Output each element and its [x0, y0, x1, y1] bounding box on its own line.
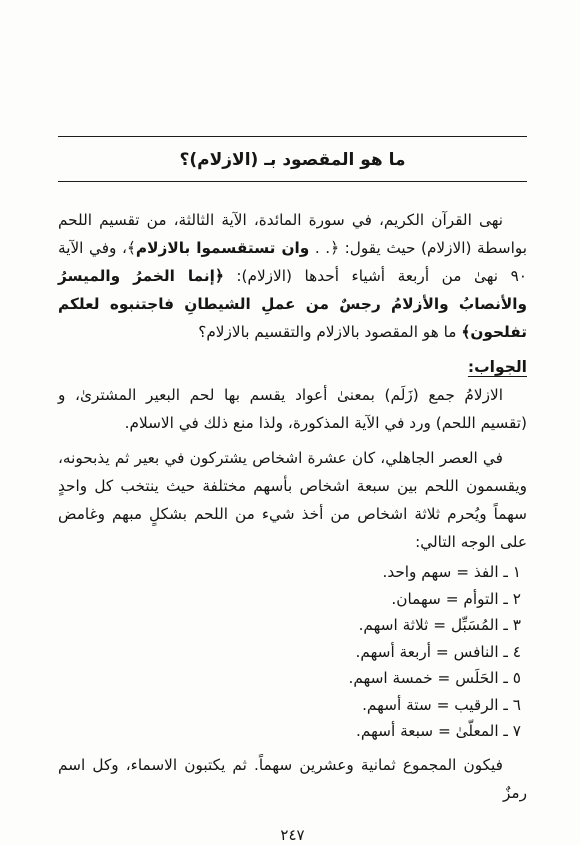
- page-title: ما هو المقصود بـ (الازلام)؟: [58, 137, 527, 181]
- body-text-run: ما هو المقصود بالازلام والتقسيم بالازلام…: [198, 323, 461, 341]
- share-list-item: ٣ ـ المُسَبِّل = ثلاثة اسهم.: [58, 612, 521, 639]
- answer-label: الجواب:: [58, 353, 527, 381]
- page-number: ٢٤٧: [280, 826, 304, 844]
- answer-label-text: الجواب:: [468, 358, 527, 376]
- book-page: ما هو المقصود بـ (الازلام)؟ نهى القرآن ا…: [0, 0, 580, 845]
- share-list-item: ٢ ـ التوأم = سهمان.: [58, 586, 521, 613]
- share-list-item: ٧ ـ المعلّىٰ = سبعة أسهم.: [58, 718, 521, 745]
- quran-quote: وان تستقسموا بالازلام: [136, 239, 309, 257]
- shares-list: ١ ـ الفذ = سهم واحد.٢ ـ التوأم = سهمان.٣…: [58, 559, 527, 745]
- share-list-item: ٥ ـ الحَلَس = خمسة اسهم.: [58, 665, 521, 692]
- page-content: ما هو المقصود بـ (الازلام)؟ نهى القرآن ا…: [58, 0, 527, 844]
- page-body: نهى القرآن الكريم، في سورة المائدة، الآي…: [58, 206, 527, 807]
- closing-paragraph: فيكون المجموع ثمانية وعشرين سهماً. ثم يك…: [58, 751, 527, 807]
- question-paragraph: نهى القرآن الكريم، في سورة المائدة، الآي…: [58, 206, 527, 346]
- page-footer: ٢٤٧: [58, 826, 527, 844]
- definition-paragraph: الازلامُ جمع (زَلَم) بمعنىٰ أعواد يقسم ب…: [58, 381, 527, 437]
- share-list-item: ١ ـ الفذ = سهم واحد.: [58, 559, 521, 586]
- share-list-item: ٤ ـ النافس = أربعة أسهم.: [58, 639, 521, 666]
- title-rule-bottom: [58, 181, 527, 182]
- chapter-title-block: ما هو المقصود بـ (الازلام)؟: [58, 136, 527, 182]
- description-paragraph: في العصر الجاهلي، كان عشرة اشخاص يشتركون…: [58, 444, 527, 556]
- share-list-item: ٦ ـ الرقيب = ستة أسهم.: [58, 692, 521, 719]
